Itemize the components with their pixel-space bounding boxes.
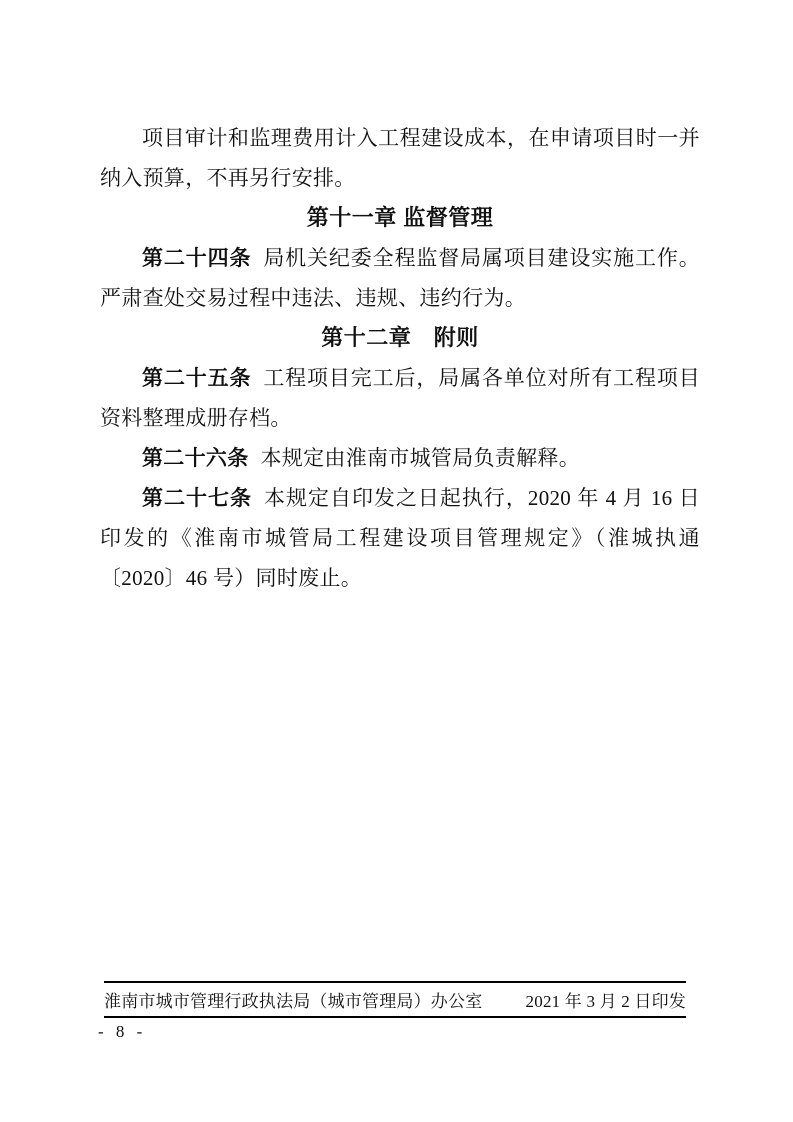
article-24-label: 第二十四条 xyxy=(142,246,251,270)
footer-print-date: 2021 年 3 月 2 日印发 xyxy=(526,987,686,1012)
page-number: - 8 - xyxy=(98,1022,146,1042)
footer: 淮南市城市管理行政执法局（城市管理局）办公室 2021 年 3 月 2 日印发 xyxy=(104,981,686,1018)
document-page: 项目审计和监理费用计入工程建设成本，在申请项目时一并纳入预算，不再另行安排。 第… xyxy=(0,0,793,1122)
article-25: 第二十五条工程项目完工后，局属各单位对所有工程项目资料整理成册存档。 xyxy=(100,358,700,438)
article-27: 第二十七条本规定自印发之日起执行，2020 年 4 月 16 日印发的《淮南市城… xyxy=(100,478,700,598)
document-body: 项目审计和监理费用计入工程建设成本，在申请项目时一并纳入预算，不再另行安排。 第… xyxy=(100,118,700,598)
article-24: 第二十四条局机关纪委全程监督局属项目建设实施工作。严肃查处交易过程中违法、违规、… xyxy=(100,238,700,318)
intro-paragraph: 项目审计和监理费用计入工程建设成本，在申请项目时一并纳入预算，不再另行安排。 xyxy=(100,118,700,198)
chapter-11-heading: 第十一章 监督管理 xyxy=(100,198,700,238)
article-26-label: 第二十六条 xyxy=(142,446,249,470)
article-26-text: 本规定由淮南市城管局负责解释。 xyxy=(261,446,581,470)
article-26: 第二十六条本规定由淮南市城管局负责解释。 xyxy=(100,438,700,478)
footer-issuer: 淮南市城市管理行政执法局（城市管理局）办公室 xyxy=(104,987,482,1012)
article-27-label: 第二十七条 xyxy=(142,486,252,510)
chapter-12-heading: 第十二章 附则 xyxy=(100,318,700,358)
footer-row: 淮南市城市管理行政执法局（城市管理局）办公室 2021 年 3 月 2 日印发 xyxy=(104,983,686,1018)
article-25-label: 第二十五条 xyxy=(142,366,251,390)
